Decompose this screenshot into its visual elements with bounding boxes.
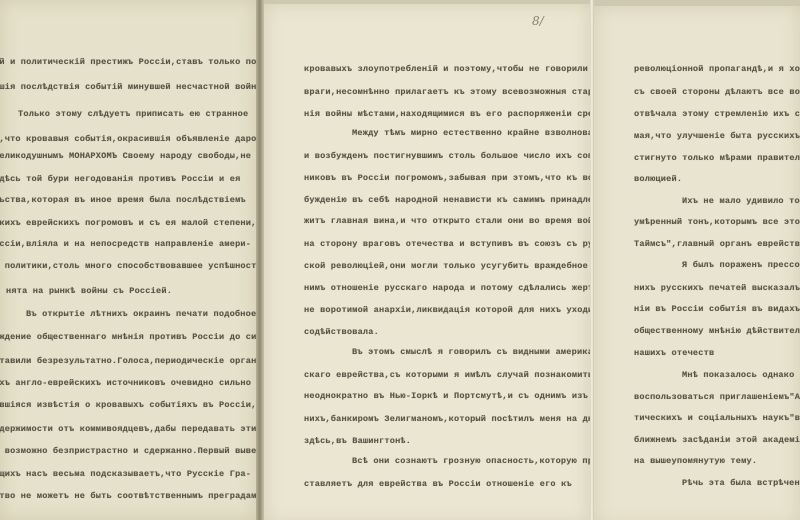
text-line: нія войны мѣстами,находящимися въ его ра… <box>304 109 590 119</box>
text-line: общественному мнѣнію дѣйствительно <box>634 326 800 336</box>
text-line: ешія послѣдствія событій минувшей несчас… <box>0 82 256 92</box>
text-line: нашихъ отечеств <box>634 348 714 358</box>
text-line: никовъ въ Россіи погромомъ,забывая при э… <box>304 173 590 183</box>
text-line: нихъ русскихъ печатей высказалъ <box>634 283 800 293</box>
text-line: ближнемъ засѣданіи этой академіи <box>634 435 800 445</box>
text-line: воспользоваться приглашеніемъ"Амер <box>634 392 800 402</box>
text-line: нихъ,банкиромъ Зелигманомъ,который посѣт… <box>304 414 590 424</box>
text-line: волюцией. <box>634 174 682 184</box>
text-line: съ своей стороны дѣлаютъ все возможное <box>634 87 800 97</box>
text-line: нимъ отношеніе русскаго народа и потому … <box>304 283 590 293</box>
text-line: отвѣчала этому стремленію ихъ соплеменни… <box>634 109 800 119</box>
text-line: ившіяся извѣстія о кровавыхъ событіяхъ в… <box>0 400 256 410</box>
text-line: содѣйствовала. <box>304 327 379 337</box>
page-gutter <box>256 0 264 520</box>
text-line: Всѣ они сознаютъ грозную опасность,котор… <box>352 456 590 466</box>
text-line: Только этому слѣдуетъ приписать ею стран… <box>18 109 248 119</box>
text-line: мая,что улучшеніе быта русскихъ евреевъ <box>634 131 800 141</box>
text-line: враги,несомнѣнно прилагаетъ къ этому все… <box>304 87 590 97</box>
text-line: нята на рынкѣ войны съ Россіей. <box>6 286 172 296</box>
text-line: на вышеупомянутую тему. <box>634 456 757 466</box>
text-line: ставляетъ для еврейства въ Россіи отноше… <box>304 479 572 489</box>
text-line: Таймсъ",главный органъ еврейства <box>634 239 800 249</box>
text-line: на сторону враговъ отечества и вступивъ … <box>304 239 590 249</box>
text-line: ь возможно безпристрастно и сдержанно.Пе… <box>0 446 256 456</box>
text-line: ый и политическій престижъ Россіи,ставъ … <box>0 57 256 67</box>
text-line: ской революціей,они могли только усугуби… <box>304 261 590 271</box>
text-line: неоднократно въ Нью-Іоркѣ и Портсмутѣ,и … <box>304 391 588 401</box>
text-line: Въ этомъ смыслѣ я говорилъ съ видными ам… <box>352 347 590 357</box>
text-line: одержимости отъ коммивоядцевъ,дабы перед… <box>0 424 256 434</box>
text-line: Ихъ не мало удивило то <box>682 196 800 206</box>
text-line: скихъ еврейскихъ погромовъ и съ ея малой… <box>0 218 256 228</box>
text-line: кровавыхъ злоупотребленій и поэтому,чтоб… <box>304 64 590 74</box>
text-line: великодушнымъ МОНАРХОМЪ Своему народу св… <box>0 151 251 161</box>
document-page-middle: 8/ кровавыхъ злоупотребленій и поэтому,ч… <box>264 4 590 520</box>
text-line: тическихъ и соціальныхъ наукъ"въ <box>634 413 800 423</box>
text-line: скаго еврейства,съ которыми я имѣлъ случ… <box>304 370 590 380</box>
text-line: уждение общественнаго мнѣнія противъ Рос… <box>0 332 256 342</box>
text-line: бужденію въ себѣ народной ненависти къ с… <box>304 195 590 205</box>
text-line: здѣсь той бури негодованія противъ Россі… <box>0 174 240 184</box>
text-line: ніи въ Россіи событія въ видахъ <box>634 304 800 314</box>
text-line: стигнуто только мѣрами правительства <box>634 153 800 163</box>
text-line: оссіи,вліяла и на непосредств направлені… <box>0 239 251 249</box>
text-line: не воротимой анархіи,ликвидація которой … <box>304 305 590 315</box>
text-line: е,что кровавыя событія,окрасившія объявл… <box>0 134 256 144</box>
text-line: революціонной пропагандѣ,и я хотѣлъ <box>634 64 800 74</box>
document-page-right: революціонной пропагандѣ,и я хотѣлъсъ св… <box>594 6 800 520</box>
text-line: умѣренный тонъ,которымъ все это время <box>634 217 800 227</box>
text-line: й политики,столь много способствовавшее … <box>0 261 256 271</box>
document-page-left: ый и политическій престижъ Россіи,ставъ … <box>0 0 256 520</box>
text-line: ство не можетъ не быть соотвѣтственнымъ … <box>0 491 256 501</box>
text-line: Между тѣмъ мирно естественно крайне взво… <box>352 128 590 138</box>
text-line: здѣсь,въ Вашингтонѣ. <box>304 436 411 446</box>
text-line: Я былъ пораженъ прессою <box>682 260 800 270</box>
text-line: житъ главная вина,и что открыто стали он… <box>304 216 590 226</box>
text-line: Мнѣ показалось однако <box>682 370 795 380</box>
text-line: ющихъ насъ весьма подсказываетъ,что Русс… <box>0 469 251 479</box>
page-number-mark: 8/ <box>532 14 544 28</box>
text-line: ставили безрезультатно.Голоса,периодичес… <box>0 356 256 366</box>
text-line: ихъ англо-еврейскихъ источниковъ очевидн… <box>0 378 251 388</box>
text-line: и возбужденъ постигнувшимъ столь большое… <box>304 151 590 161</box>
text-line: Въ открытіе лѣтнихъ окраинъ печати подоб… <box>26 309 256 319</box>
text-line: Рѣчь эта была встрѣчена <box>682 478 800 488</box>
text-line: льства,которая въ иное время была послѣд… <box>0 195 246 205</box>
